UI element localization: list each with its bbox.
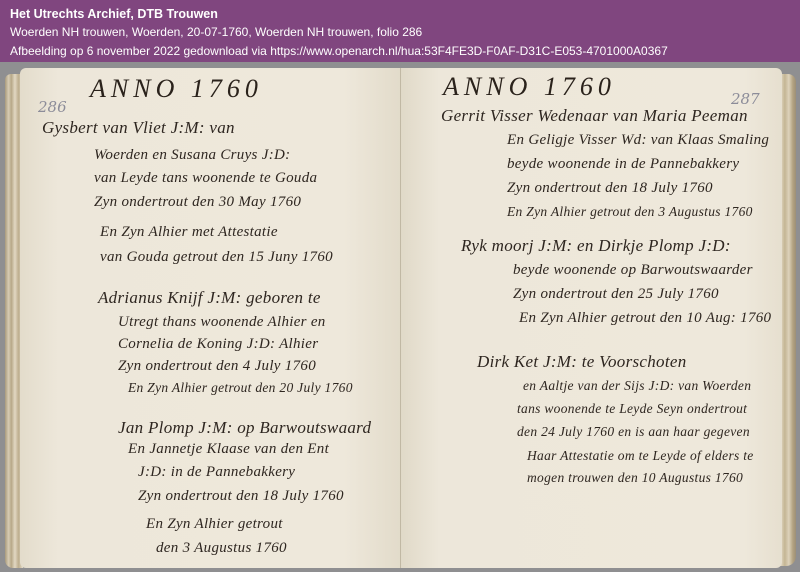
entry-line: Gysbert van Vliet J:M: van (42, 118, 235, 138)
entry-line: Gerrit Visser Wedenaar van Maria Peeman (441, 106, 748, 126)
scanned-register-image: 286 ANNO 1760 Gysbert van Vliet J:M: van… (0, 62, 800, 572)
entry-line: Dirk Ket J:M: te Voorschoten (477, 352, 687, 372)
entry-line: En Zyn Alhier getrout (146, 516, 283, 533)
entry-line: beyde woonende in de Pannebakkery (507, 156, 739, 173)
entry-line: en Aaltje van der Sijs J:D: van Woerden (523, 378, 751, 394)
entry-line: Zyn ondertrout den 18 July 1760 (507, 180, 713, 197)
entry-line: En Jannetje Klaase van den Ent (128, 441, 329, 458)
year-heading-left: ANNO 1760 (90, 74, 263, 104)
entry-line: Ryk moorj J:M: en Dirkje Plomp J:D: (461, 236, 731, 256)
entry-line: En Zyn Alhier getrout den 10 Aug: 1760 (519, 310, 771, 327)
entry-line: Jan Plomp J:M: op Barwoutswaard (118, 418, 371, 438)
entry-line: Woerden en Susana Cruys J:D: (94, 147, 290, 164)
entry-line: van Leyde tans woonende te Gouda (94, 170, 317, 187)
right-page-edges (780, 74, 796, 566)
entry-line: mogen trouwen den 10 Augustus 1760 (527, 470, 743, 486)
entry-line: Haar Attestatie om te Leyde of elders te (527, 448, 754, 464)
entry-line: En Zyn Alhier met Attestatie (100, 224, 278, 241)
entry-line: Adrianus Knijf J:M: geboren te (98, 288, 321, 308)
year-heading-right: ANNO 1760 (443, 72, 616, 102)
entry-line: beyde woonende op Barwoutswaarder (513, 262, 753, 279)
entry-line: Zyn ondertrout den 30 May 1760 (94, 194, 301, 211)
entry-line: Cornelia de Koning J:D: Alhier (118, 336, 318, 353)
entry-line: En Zyn Alhier getrout den 20 July 1760 (128, 380, 353, 396)
entry-line: den 3 Augustus 1760 (156, 540, 287, 557)
entry-line: den 24 July 1760 en is aan haar gegeven (517, 424, 750, 440)
entry-line: Zyn ondertrout den 25 July 1760 (513, 286, 719, 303)
entry-line: tans woonende te Leyde Seyn ondertrout (517, 401, 747, 417)
entry-line: Utregt thans woonende Alhier en (118, 314, 326, 331)
left-page: 286 ANNO 1760 Gysbert van Vliet J:M: van… (20, 68, 401, 568)
folio-number-left: 286 (38, 98, 67, 116)
entry-line: J:D: in de Pannebakkery (138, 464, 295, 481)
entry-line: En Zyn Alhier getrout den 3 Augustus 176… (507, 204, 753, 220)
entry-line: Zyn ondertrout den 18 July 1760 (138, 488, 344, 505)
right-page: 287 ANNO 1760 Gerrit Visser Wedenaar van… (401, 68, 782, 568)
entry-line: En Geligje Visser Wd: van Klaas Smaling (507, 132, 769, 149)
entry-line: Zyn ondertrout den 4 July 1760 (118, 358, 316, 375)
archive-title: Het Utrechts Archief, DTB Trouwen (10, 6, 790, 23)
entry-line: van Gouda getrout den 15 Juny 1760 (100, 249, 333, 266)
record-description: Woerden NH trouwen, Woerden, 20-07-1760,… (10, 23, 790, 42)
archive-caption-bar: Het Utrechts Archief, DTB Trouwen Woerde… (0, 0, 800, 62)
download-source-line: Afbeelding op 6 november 2022 gedownload… (10, 42, 790, 61)
